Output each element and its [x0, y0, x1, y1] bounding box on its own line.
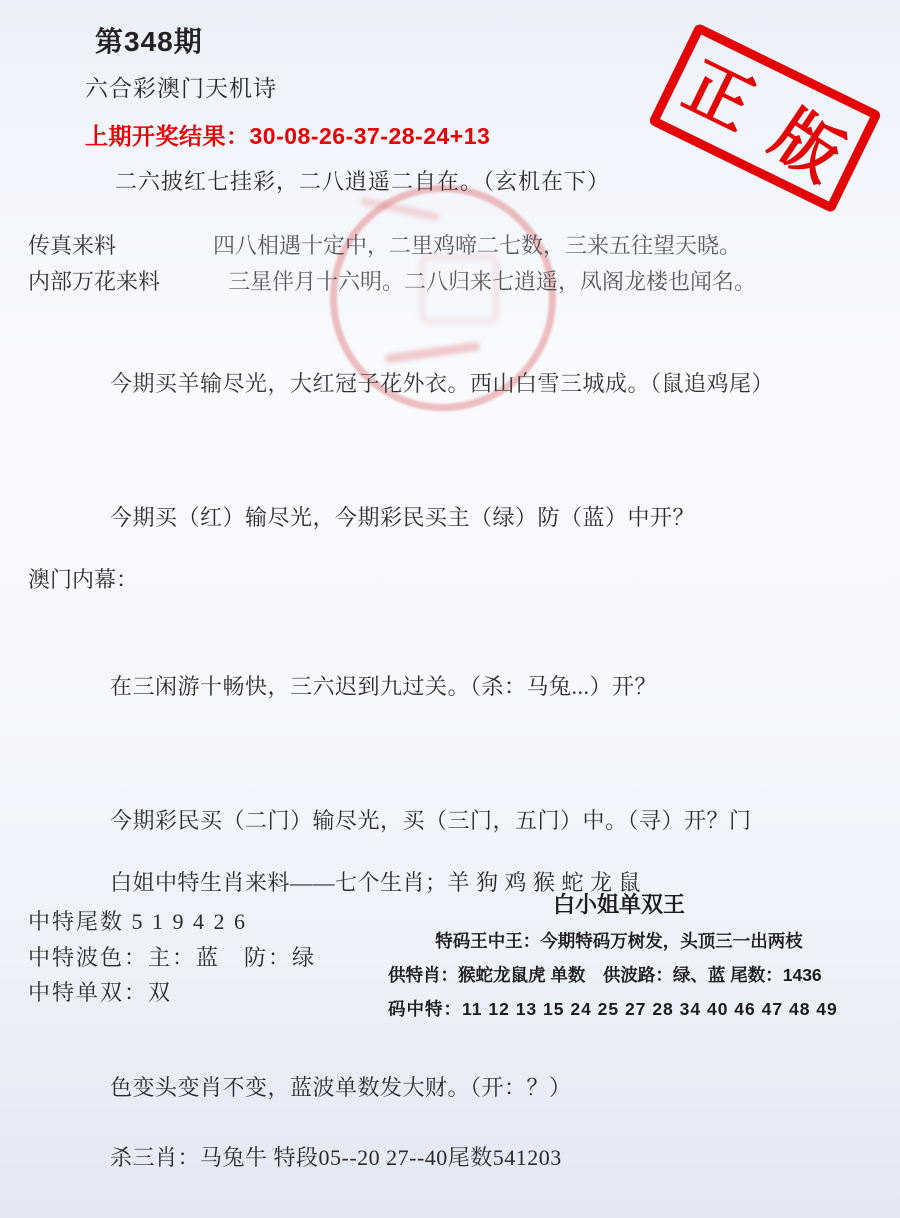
issue-number: 第348期 [95, 20, 203, 60]
zodiac-wave-line: 供特肖：猴蛇龙鼠虎 单数 供波路：绿、蓝 尾数：1436 [388, 962, 850, 987]
stamp-char-2: 版 [762, 100, 854, 192]
insider-line-2: 今期彩民买（二门）输尽光，买（三门，五门）中。（寻）开？门 [110, 804, 752, 835]
last-draw-result: 上期开奖结果：30-08-26-37-28-24+13 [85, 118, 490, 151]
tip-line-2: 今期买（红）输尽光，今期彩民买主（绿）防（蓝）中开？ [110, 501, 695, 532]
footer-tip-line: 色变头变肖不变，蓝波单数发大财。（开：？） [110, 1071, 572, 1102]
authentic-stamp: 正 版 [648, 23, 882, 214]
madam-white-title: 白小姐单双王 [388, 888, 850, 919]
special-odd-even: 中特单双：双 [28, 976, 172, 1007]
fax-source-poem: 四八相遇十定中，二里鸡啼二七数，三来五往望天晓。 [213, 229, 741, 260]
special-code-king-line: 特码王中王：今期特码万树发，头顶三一出两枝 [388, 928, 850, 953]
lottery-tip-sheet: 第348期 六合彩澳门天机诗 上期开奖结果：30-08-26-37-28-24+… [0, 0, 900, 1218]
insider-line-1: 在三闲游十畅快，三六迟到九过关。（杀：马兔...）开？ [110, 670, 657, 701]
madam-white-block: 白小姐单双王 特码王中王：今期特码万树发，头顶三一出两枝 供特肖：猴蛇龙鼠虎 单… [388, 888, 850, 1021]
stamp-char-1: 正 [675, 52, 763, 140]
special-tail-numbers: 中特尾数 5 1 9 4 2 6 [28, 905, 247, 936]
fax-source-label: 传真来料 [28, 229, 116, 260]
sheet-title: 六合彩澳门天机诗 [85, 70, 277, 103]
tip-line-1: 今期买羊输尽光，大红冠子花外衣。西山白雪三城成。（鼠追鸡尾） [110, 367, 774, 398]
kill-zodiac-line: 杀三肖：马兔牛 特段05--20 27--40尾数541203 [110, 1141, 562, 1172]
internal-source-label: 内部万花来料 [28, 265, 160, 296]
mystery-poem: 二六披红七挂彩，二八逍遥二自在。（玄机在下） [115, 165, 610, 196]
internal-source-poem: 三星伴月十六明。二八归来七逍遥，凤阁龙楼也闻名。 [228, 265, 756, 296]
code-numbers-line: 码中特：11 12 13 15 24 25 27 28 34 40 46 47 … [388, 996, 850, 1021]
special-wave-colors: 中特波色：主：蓝 防：绿 [28, 941, 316, 972]
insider-section-label: 澳门内幕： [28, 563, 138, 594]
